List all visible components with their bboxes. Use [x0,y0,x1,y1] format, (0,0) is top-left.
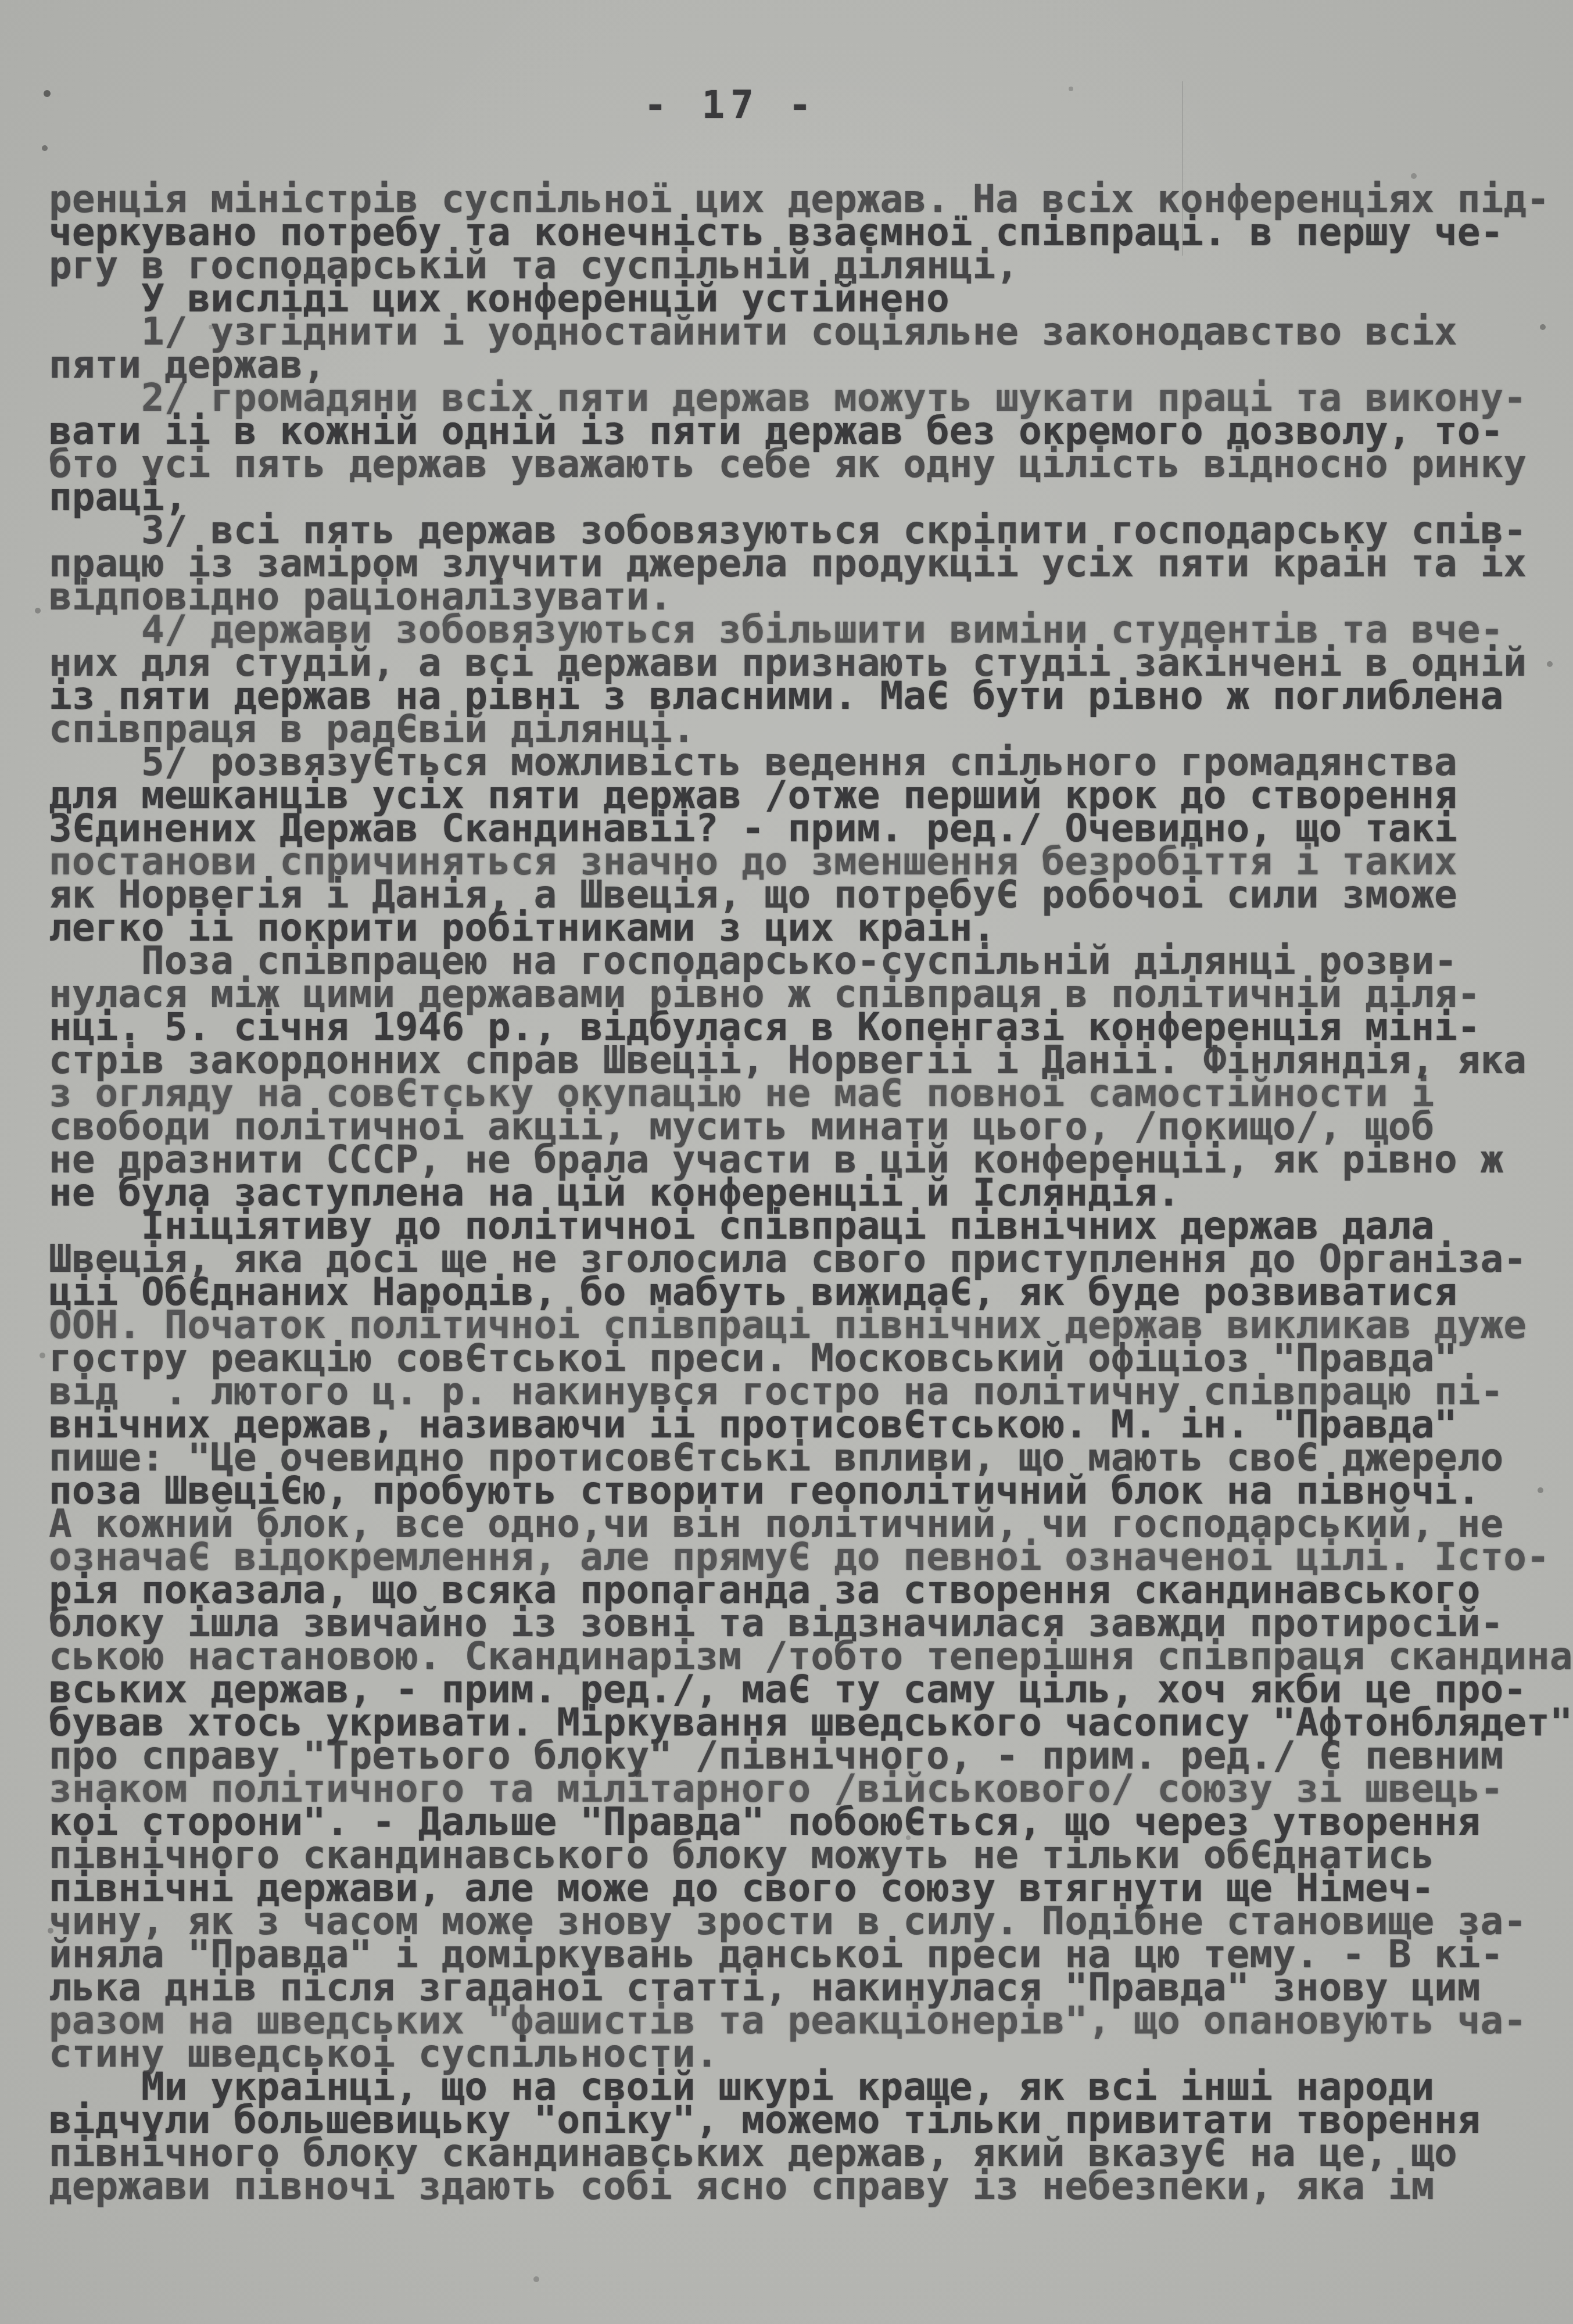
text-line: 5/ розвязуЄться можливість ведення спіль… [49,745,1560,779]
paper-specks [0,0,3,3]
text-line: північного скандинавського блоку можуть … [49,1838,1560,1871]
text-line: Швеція, яка досі ще не зголосила свого п… [49,1242,1560,1275]
text-line: стину шведськоі суспільности. [49,2037,1560,2070]
text-line: від . лютого ц. р. накинувся гостро на п… [49,1375,1560,1408]
text-line: пише: "Це очевидно протисовЄтські впливи… [49,1441,1560,1474]
text-line: не дразнити СССР, не брала участи в цій … [49,1143,1560,1176]
text-line: ською настановою. Скандинарізм /тобто те… [49,1640,1560,1673]
text-line: знаком політичного та мілітарного /війсь… [49,1772,1560,1805]
page-number: - 17 - [644,83,817,127]
text-line: них для студій, а всі держави признають … [49,646,1560,679]
document-body: ренція міністрів суспільної цих держав. … [49,182,1560,2203]
text-line: нулася між цими державами рівно ж співпр… [49,977,1560,1010]
text-line: 2/ громадяни всіх пяти держав можуть шук… [49,381,1560,414]
text-line: держави півночі здають собі ясно справу … [49,2169,1560,2203]
text-line: означаЄ відокремлення, але прямуЄ до пев… [49,1540,1560,1573]
text-line: ргу в господарській та суспільній ділянц… [49,249,1560,282]
text-line: ренція міністрів суспільної цих держав. … [49,182,1560,216]
document-page: - 17 - ренція міністрів суспільної цих д… [0,0,1573,2324]
text-line: бто усі пять держав уважають себе як одн… [49,447,1560,480]
text-line: як Норвегія і Данія, а Швеція, що потреб… [49,878,1560,911]
